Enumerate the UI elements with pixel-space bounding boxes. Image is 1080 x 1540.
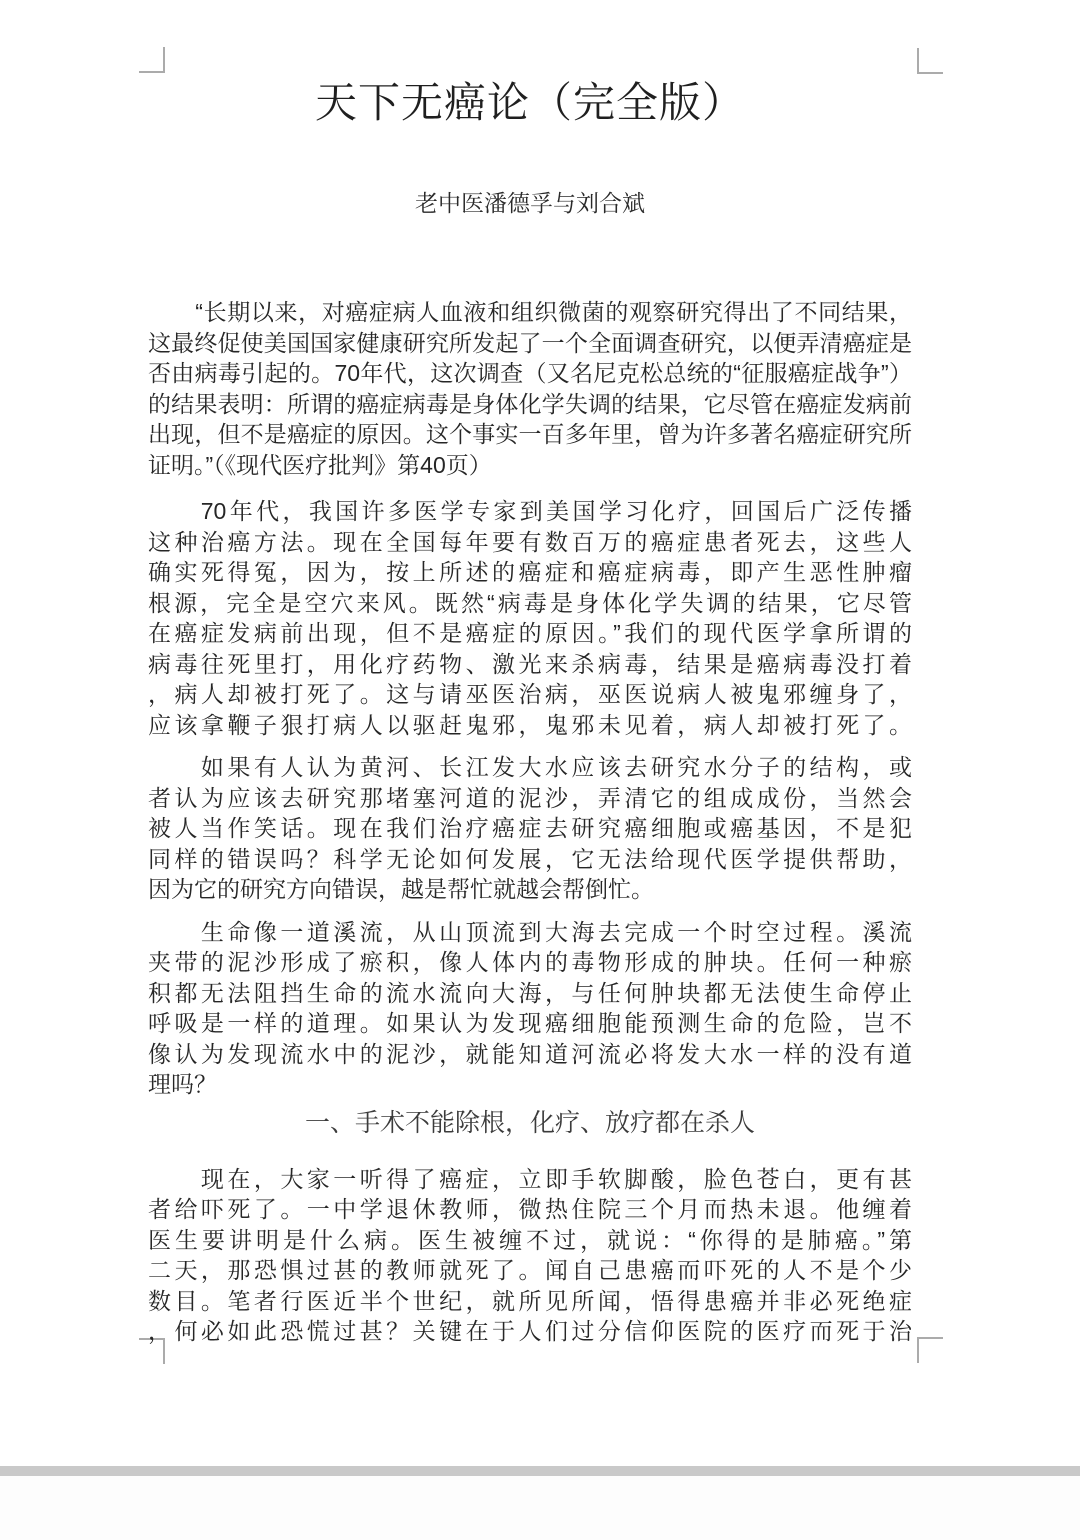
paragraph-2: 70年代，我国许多医学专家到美国学习化疗，回国后广泛传播 这种治癌方法。现在全国… [148,496,912,740]
text-line: 医生要讲明是什么病。医生被缠不过，就说：“你得的是肺癌。”第 [148,1225,912,1256]
document-view: 天下无癌论（完全版） 老中医潘德孚与刘合斌 “长期以来，对癌症病人血液和组织微菌… [0,0,1080,1540]
text-line: 因为它的研究方向错误，越是帮忙就越会帮倒忙。 [148,874,912,905]
document-title: 天下无癌论（完全版） [148,72,912,134]
text-line: 这种治癌方法。现在全国每年要有数百万的癌症患者死去，这些人 [148,527,912,558]
text-line: 积都无法阻挡生命的流水流向大海，与任何肿块都无法使生命停止 [148,978,912,1009]
text-line: ，病人却被打死了。这与请巫医治病，巫医说病人被鬼邪缠身了， [148,679,912,710]
text-line: 夹带的泥沙形成了瘀积，像人体内的毒物形成的肿块。任何一种瘀 [148,947,912,978]
paragraph-5: 现在，大家一听得了癌症，立即手软脚酸，脸色苍白，更有甚 者给吓死了。一中学退休教… [148,1164,912,1347]
text-line: 呼吸是一样的道理。如果认为发现癌细胞能预测生命的危险，岂不 [148,1008,912,1039]
paragraph-quote: “长期以来，对癌症病人血液和组织微菌的观察研究得出了不同结果， 这最终促使美国国… [148,297,912,480]
text-line: 病毒往死里打，用化疗药物、激光来杀病毒，结果是癌病毒没打着 [148,649,912,680]
section-heading: 一、手术不能除根，化疗、放疗都在杀人 [148,1105,912,1141]
page-break-separator [0,1466,1080,1476]
text-line: 理吗？ [148,1069,912,1100]
margin-corner-mark-top-right [917,48,943,74]
text-line: 如果有人认为黄河、长江发大水应该去研究水分子的结构，或 [148,752,912,783]
paragraph-4: 生命像一道溪流，从山顶流到大海去完成一个时空过程。溪流 夹带的泥沙形成了瘀积，像… [148,917,912,1100]
page-2 [0,1476,1080,1540]
page-content: 天下无癌论（完全版） 老中医潘德孚与刘合斌 “长期以来，对癌症病人血液和组织微菌… [148,0,912,1347]
text-line: 同样的错误吗？科学无论如何发展，它无法给现代医学提供帮助， [148,844,912,875]
text-line: 70年代，我国许多医学专家到美国学习化疗，回国后广泛传播 [148,496,912,527]
text-line: 根源，完全是空穴来风。既然“病毒是身体化学失调的结果，它尽管 [148,588,912,619]
text-line: 否由病毒引起的。70年代，这次调查（又名尼克松总统的“征服癌症战争”） [148,358,912,389]
text-line: ，何必如此恐慌过甚？关键在于人们过分信仰医院的医疗而死于治 [148,1316,912,1347]
text-line: 出现，但不是癌症的原因。这个事实一百多年里，曾为许多著名癌症研究所 [148,419,912,450]
text-line: 证明。”（《现代医疗批判》第40页） [148,450,912,481]
text-line: 者认为应该去研究那堵塞河道的泥沙，弄清它的组成成份，当然会 [148,783,912,814]
text-line: 被人当作笑话。现在我们治疗癌症去研究癌细胞或癌基因，不是犯 [148,813,912,844]
text-line: 确实死得冤，因为，按上所述的癌症和癌症病毒，即产生恶性肿瘤 [148,557,912,588]
text-line: 现在，大家一听得了癌症，立即手软脚酸，脸色苍白，更有甚 [148,1164,912,1195]
text-line: 者给吓死了。一中学退休教师，微热住院三个月而热未退。他缠着 [148,1194,912,1225]
text-line: 的结果表明：所谓的癌症病毒是身体化学失调的结果，它尽管在癌症发病前 [148,389,912,420]
text-line: 像认为发现流水中的泥沙，就能知道河流必将发大水一样的没有道 [148,1039,912,1070]
text-line: 生命像一道溪流，从山顶流到大海去完成一个时空过程。溪流 [148,917,912,948]
text-line: 应该拿鞭子狠打病人以驱赶鬼邪，鬼邪未见着，病人却被打死了。 [148,710,912,741]
text-line: “长期以来，对癌症病人血液和组织微菌的观察研究得出了不同结果， [148,297,912,328]
paragraph-3: 如果有人认为黄河、长江发大水应该去研究水分子的结构，或 者认为应该去研究那堵塞河… [148,752,912,905]
margin-corner-mark-bottom-right [917,1337,943,1363]
text-line: 这最终促使美国国家健康研究所发起了一个全面调查研究，以便弄清癌症是 [148,328,912,359]
document-author: 老中医潘德孚与刘合斌 [148,188,912,218]
text-line: 在癌症发病前出现，但不是癌症的原因。”我们的现代医学拿所谓的 [148,618,912,649]
text-line: 数目。笔者行医近半个世纪，就所见所闻，悟得患癌并非必死绝症 [148,1286,912,1317]
text-line: 二天，那恐惧过甚的教师就死了。闻自己患癌而吓死的人不是个少 [148,1255,912,1286]
